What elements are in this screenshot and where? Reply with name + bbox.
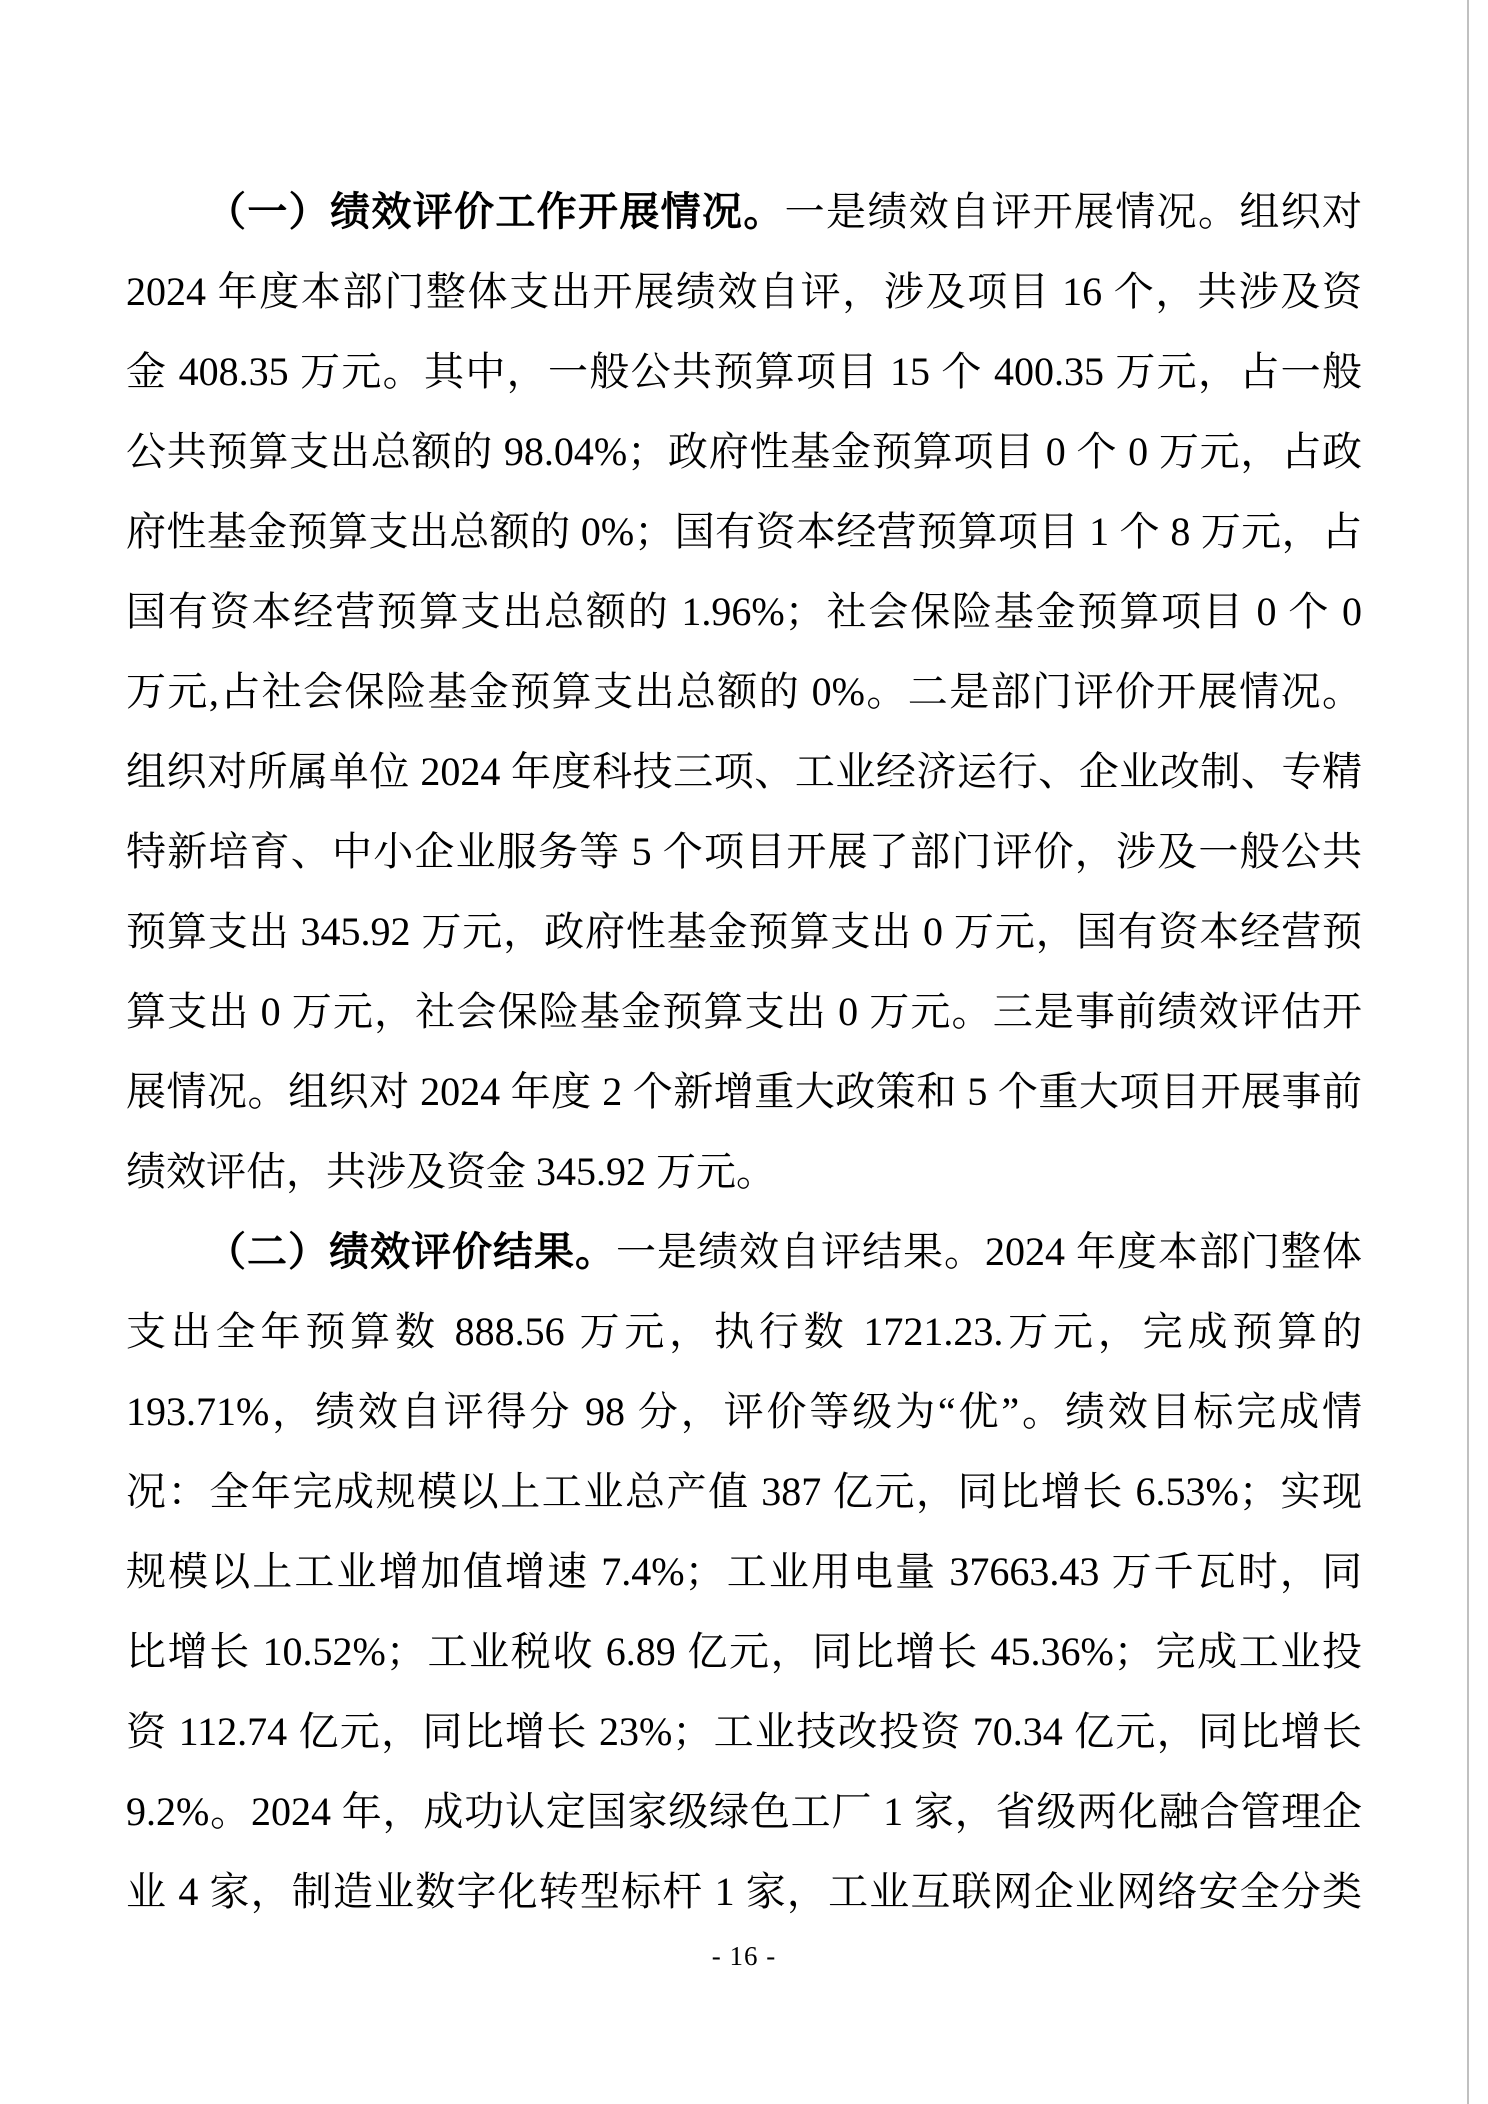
- text-line: 业 4 家，制造业数字化转型标杆 1 家，工业互联网企业网络安全分类: [126, 1852, 1362, 1932]
- text-line: 特新培育、中小企业服务等 5 个项目开展了部门评价，涉及一般公共: [126, 812, 1362, 892]
- text-line: 公共预算支出总额的 98.04%；政府性基金预算项目 0 个 0 万元，占政: [126, 412, 1362, 492]
- text-line: 国有资本经营预算支出总额的 1.96%；社会保险基金预算项目 0 个 0: [126, 572, 1362, 652]
- text-line: 组织对所属单位 2024 年度科技三项、工业经济运行、企业改制、专精: [126, 732, 1362, 812]
- text-line: 9.2%。2024 年，成功认定国家级绿色工厂 1 家，省级两化融合管理企: [126, 1772, 1362, 1852]
- page-number: - 16 -: [0, 1936, 1488, 1976]
- text-line: 比增长 10.52%；工业税收 6.89 亿元，同比增长 45.36%；完成工业…: [126, 1612, 1362, 1692]
- text-line: 预算支出 345.92 万元，政府性基金预算支出 0 万元，国有资本经营预: [126, 892, 1362, 972]
- document-page: （一）绩效评价工作开展情况。一是绩效自评开展情况。组织对 2024 年度本部门整…: [0, 0, 1488, 2104]
- page-edge-artifact-line: [1467, 0, 1469, 2104]
- text-line: 万元,占社会保险基金预算支出总额的 0%。二是部门评价开展情况。: [126, 652, 1362, 732]
- text-line: 算支出 0 万元，社会保险基金预算支出 0 万元。三是事前绩效评估开: [126, 972, 1362, 1052]
- text-line: 况：全年完成规模以上工业总产值 387 亿元，同比增长 6.53%；实现: [126, 1452, 1362, 1532]
- document-body: （一）绩效评价工作开展情况。一是绩效自评开展情况。组织对 2024 年度本部门整…: [126, 172, 1362, 1932]
- text-line: 2024 年度本部门整体支出开展绩效自评，涉及项目 16 个，共涉及资: [126, 252, 1362, 332]
- paragraph-2-first-line: （二）绩效评价结果。一是绩效自评结果。2024 年度本部门整体: [126, 1212, 1362, 1292]
- section-1-heading-rest: 一是绩效自评开展情况。组织对: [785, 189, 1362, 234]
- text-line: 193.71%，绩效自评得分 98 分，评价等级为“优”。绩效目标完成情: [126, 1372, 1362, 1452]
- section-1-heading: （一）绩效评价工作开展情况。: [206, 189, 785, 234]
- text-line: 府性基金预算支出总额的 0%；国有资本经营预算项目 1 个 8 万元，占: [126, 492, 1362, 572]
- section-2-heading-rest: 一是绩效自评结果。2024 年度本部门整体: [616, 1229, 1362, 1274]
- text-line: 展情况。组织对 2024 年度 2 个新增重大政策和 5 个重大项目开展事前: [126, 1052, 1362, 1132]
- paragraph-1-first-line: （一）绩效评价工作开展情况。一是绩效自评开展情况。组织对: [126, 172, 1362, 252]
- text-line: 资 112.74 亿元，同比增长 23%；工业技改投资 70.34 亿元，同比增…: [126, 1692, 1362, 1772]
- text-line: 金 408.35 万元。其中，一般公共预算项目 15 个 400.35 万元，占…: [126, 332, 1362, 412]
- section-2-heading: （二）绩效评价结果。: [206, 1229, 616, 1274]
- text-line: 规模以上工业增加值增速 7.4%；工业用电量 37663.43 万千瓦时，同: [126, 1532, 1362, 1612]
- paragraph-1-last-line: 绩效评估，共涉及资金 345.92 万元。: [126, 1132, 1362, 1212]
- text-line: 支出全年预算数 888.56 万元，执行数 1721.23.万元，完成预算的: [126, 1292, 1362, 1372]
